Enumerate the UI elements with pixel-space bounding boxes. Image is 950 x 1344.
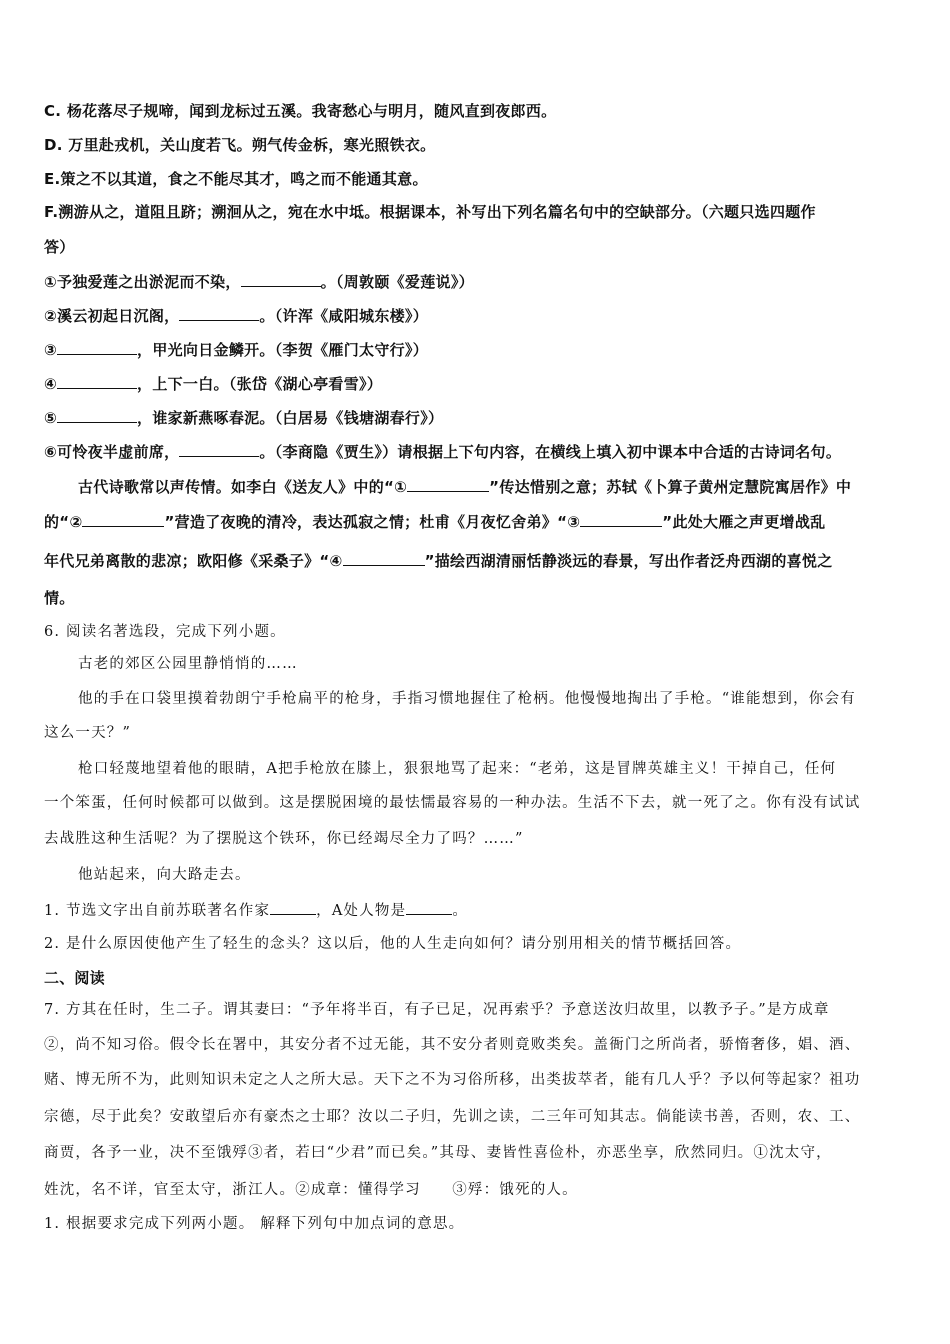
paragraph-text: 的“② xyxy=(44,513,82,531)
answer-blank[interactable] xyxy=(57,340,137,355)
answer-blank[interactable] xyxy=(82,512,164,527)
paragraph-text: 情。 xyxy=(44,589,75,607)
passage-text: 枪口轻蔑地望着他的眼睛，A把手枪放在膝上，狠狠地骂了起来：“老弟，这是冒牌英雄主… xyxy=(78,761,836,777)
option-label: C. xyxy=(44,102,61,120)
paragraph-line-3: 年代兄弟离散的悲凉；欧阳修《采桑子》“④”描绘西湖清丽恬静淡远的春景，写出作者泛… xyxy=(44,551,833,571)
answer-blank[interactable] xyxy=(179,306,259,321)
item-after: ，甲光向日金鳞开。（李贺《雁门太守行》） xyxy=(137,341,428,359)
passage-text: 一个笨蛋，任何时候都可以做到。这是摆脱困境的最怯懦最容易的一种办法。生活不下去，… xyxy=(44,795,860,811)
question-text: 1. 节选文字出自前苏联著名作家 xyxy=(44,903,270,919)
answer-blank[interactable] xyxy=(580,512,662,527)
question-text: 。 xyxy=(452,903,468,919)
option-text: 溯游从之，道阻且跻；溯洄从之，宛在水中坻。根据课本，补写出下列名篇名句中的空缺部… xyxy=(58,203,816,221)
q6-sub-question-1: 1. 节选文字出自前苏联著名作家，A处人物是。 xyxy=(44,900,468,921)
item-number: ⑤ xyxy=(44,409,57,427)
passage-text: 宗德，尽于此矣？安敢望后亦有豪杰之士耶？汝以二子归，先训之读，二三年可知其志。倘… xyxy=(44,1109,860,1125)
paragraph-text: ”此处大雁之声更增战乱 xyxy=(662,513,825,531)
item-before: 溪云初起日沉阁， xyxy=(57,307,179,325)
item-number: ③ xyxy=(44,341,57,359)
option-text: 策之不以其道，食之不能尽其才，鸣之而不能通其意。 xyxy=(61,170,428,188)
fill-item-5: ⑤，谁家新燕啄春泥。（白居易《钱塘湖春行》） xyxy=(44,408,443,428)
answer-blank[interactable] xyxy=(407,477,489,492)
item-number: ① xyxy=(44,273,57,291)
question-text: 2. 是什么原因使他产生了轻生的念头？这以后，他的人生走向如何？请分别用相关的情… xyxy=(44,936,741,952)
question-title: 6. 阅读名著选段，完成下列小题。 xyxy=(44,624,286,640)
item-after: ，谁家新燕啄春泥。（白居易《钱塘湖春行》） xyxy=(137,409,443,427)
section-heading: 二、阅读 xyxy=(44,969,105,987)
item-after: 。（周敦颐《爱莲说》） xyxy=(321,273,474,291)
option-d: D. 万里赴戎机，关山度若飞。朔气传金柝，寒光照铁衣。 xyxy=(44,135,435,155)
q6-passage-line: 古老的郊区公园里静悄悄的…… xyxy=(78,654,298,674)
q7-footnotes: 姓沈，名不详，官至太守，浙江人。②成章：懂得学习 ③殍：饿死的人。 xyxy=(44,1180,578,1200)
answer-blank[interactable] xyxy=(57,408,137,423)
footnote-text: 姓沈，名不详，官至太守，浙江人。②成章：懂得学习 ③殍：饿死的人。 xyxy=(44,1182,578,1198)
passage-text: 赌、博无所不为，此则知识未定之人之所大忌。天下之不为习俗所移，出类拔萃者，能有几… xyxy=(44,1072,860,1088)
paragraph-text: 古代诗歌常以声传情。如李白《送友人》中的“① xyxy=(78,478,407,496)
passage-text: 这么一天？” xyxy=(44,725,131,741)
paragraph-text: ”描绘西湖清丽恬静淡远的春景，写出作者泛舟西湖的喜悦之 xyxy=(425,552,833,570)
answer-blank[interactable] xyxy=(57,374,137,389)
q7-line: 赌、博无所不为，此则知识未定之人之所大忌。天下之不为习俗所移，出类拔萃者，能有几… xyxy=(44,1070,860,1090)
option-text-continued: 答） xyxy=(44,238,75,256)
passage-text: 他站起来，向大路走去。 xyxy=(78,867,251,883)
q6-passage-line: 他站起来，向大路走去。 xyxy=(78,865,251,885)
paragraph-line-2: 的“②”营造了夜晚的清冷，表达孤寂之情；杜甫《月夜忆舍弟》“③”此处大雁之声更增… xyxy=(44,512,825,532)
q6-passage-line: 一个笨蛋，任何时候都可以做到。这是摆脱困境的最怯懦最容易的一种办法。生活不下去，… xyxy=(44,793,860,813)
paragraph-text: ”传达惜别之意；苏轼《卜算子黄州定慧院寓居作》中 xyxy=(489,478,851,496)
q7-line: 宗德，尽于此矣？安敢望后亦有豪杰之士耶？汝以二子归，先训之读，二三年可知其志。倘… xyxy=(44,1107,860,1127)
passage-text: 去战胜这种生活呢？为了摆脱这个铁环，你已经竭尽全力了吗？……” xyxy=(44,831,524,847)
passage-text: 古老的郊区公园里静悄悄的…… xyxy=(78,656,298,672)
item-number: ⑥ xyxy=(44,443,57,461)
q7-line: 7. 方其在任时，生二子。谓其妻曰：“予年将半百，有子已足，况再索乎？予意送汝归… xyxy=(44,1000,830,1020)
q7-line: 商贾，各予一业，决不至饿殍③者，若曰“少君”而已矣。”其母、妻皆性喜俭朴，亦恶坐… xyxy=(44,1143,832,1163)
passage-text: 7. 方其在任时，生二子。谓其妻曰：“予年将半百，有子已足，况再索乎？予意送汝归… xyxy=(44,1002,830,1018)
answer-blank[interactable] xyxy=(270,900,316,915)
item-number: ② xyxy=(44,307,57,325)
q6-sub-question-2: 2. 是什么原因使他产生了轻生的念头？这以后，他的人生走向如何？请分别用相关的情… xyxy=(44,934,741,954)
q6-passage-line: 去战胜这种生活呢？为了摆脱这个铁环，你已经竭尽全力了吗？……” xyxy=(44,829,524,849)
fill-item-6: ⑥可怜夜半虚前席，。（李商隐《贾生》）请根据上下句内容，在横线上填入初中课本中合… xyxy=(44,442,841,462)
q6-passage-line: 枪口轻蔑地望着他的眼睛，A把手枪放在膝上，狠狠地骂了起来：“老弟，这是冒牌英雄主… xyxy=(78,759,836,779)
option-e: E.策之不以其道，食之不能尽其才，鸣之而不能通其意。 xyxy=(44,169,428,189)
option-label: D. xyxy=(44,136,63,154)
answer-blank[interactable] xyxy=(343,551,425,566)
answer-blank[interactable] xyxy=(179,442,259,457)
fill-item-4: ④，上下一白。（张岱《湖心亭看雪》） xyxy=(44,374,382,394)
q6-title: 6. 阅读名著选段，完成下列小题。 xyxy=(44,622,286,642)
option-label: F. xyxy=(44,203,58,221)
question-text: ，A处人物是 xyxy=(316,903,406,919)
option-c: C. 杨花落尽子规啼，闻到龙标过五溪。我寄愁心与明月，随风直到夜郎西。 xyxy=(44,101,556,121)
item-before: 可怜夜半虚前席， xyxy=(57,443,179,461)
paragraph-line-4: 情。 xyxy=(44,588,75,608)
paragraph-text: 年代兄弟离散的悲凉；欧阳修《采桑子》“④ xyxy=(44,552,343,570)
item-after: 。（许浑《咸阳城东楼》） xyxy=(259,307,428,325)
question-text: 1. 根据要求完成下列两小题。 解释下列句中加点词的意思。 xyxy=(44,1216,464,1232)
fill-item-2: ②溪云初起日沉阁，。（许浑《咸阳城东楼》） xyxy=(44,306,428,326)
q6-passage-line: 他的手在口袋里摸着勃朗宁手枪扁平的枪身，手指习惯地握住了枪柄。他慢慢地掏出了手枪… xyxy=(78,689,856,709)
item-before: 予独爱莲之出淤泥而不染， xyxy=(57,273,241,291)
option-text: 万里赴戎机，关山度若飞。朔气传金柝，寒光照铁衣。 xyxy=(68,136,435,154)
passage-text: 他的手在口袋里摸着勃朗宁手枪扁平的枪身，手指习惯地握住了枪柄。他慢慢地掏出了手枪… xyxy=(78,691,856,707)
answer-blank[interactable] xyxy=(241,272,321,287)
section-heading-reading: 二、阅读 xyxy=(44,968,105,988)
fill-item-1: ①予独爱莲之出淤泥而不染，。（周敦颐《爱莲说》） xyxy=(44,272,474,292)
passage-text: 商贾，各予一业，决不至饿殍③者，若曰“少君”而已矣。”其母、妻皆性喜俭朴，亦恶坐… xyxy=(44,1145,832,1161)
answer-blank[interactable] xyxy=(406,900,452,915)
q7-line: ②，尚不知习俗。假令长在署中，其安分者不过无能，其不安分者则竟败类矣。盖衙门之所… xyxy=(44,1035,860,1055)
paragraph-line-1: 古代诗歌常以声传情。如李白《送友人》中的“①”传达惜别之意；苏轼《卜算子黄州定慧… xyxy=(78,477,851,497)
option-label: E. xyxy=(44,170,61,188)
q6-passage-line: 这么一天？” xyxy=(44,723,131,743)
item-number: ④ xyxy=(44,375,57,393)
q7-sub-question: 1. 根据要求完成下列两小题。 解释下列句中加点词的意思。 xyxy=(44,1214,464,1234)
paragraph-text: ”营造了夜晚的清冷，表达孤寂之情；杜甫《月夜忆舍弟》“③ xyxy=(164,513,580,531)
passage-text: ②，尚不知习俗。假令长在署中，其安分者不过无能，其不安分者则竟败类矣。盖衙门之所… xyxy=(44,1037,860,1053)
option-text: 杨花落尽子规啼，闻到龙标过五溪。我寄愁心与明月，随风直到夜郎西。 xyxy=(67,102,557,120)
item-after: ，上下一白。（张岱《湖心亭看雪》） xyxy=(137,375,382,393)
option-f-continued: 答） xyxy=(44,237,75,257)
fill-item-3: ③，甲光向日金鳞开。（李贺《雁门太守行》） xyxy=(44,340,428,360)
document-page: C. 杨花落尽子规啼，闻到龙标过五溪。我寄愁心与明月，随风直到夜郎西。 D. 万… xyxy=(0,0,950,1344)
item-after: 。（李商隐《贾生》）请根据上下句内容，在横线上填入初中课本中合适的古诗词名句。 xyxy=(259,443,841,461)
option-f: F.溯游从之，道阻且跻；溯洄从之，宛在水中坻。根据课本，补写出下列名篇名句中的空… xyxy=(44,202,816,222)
